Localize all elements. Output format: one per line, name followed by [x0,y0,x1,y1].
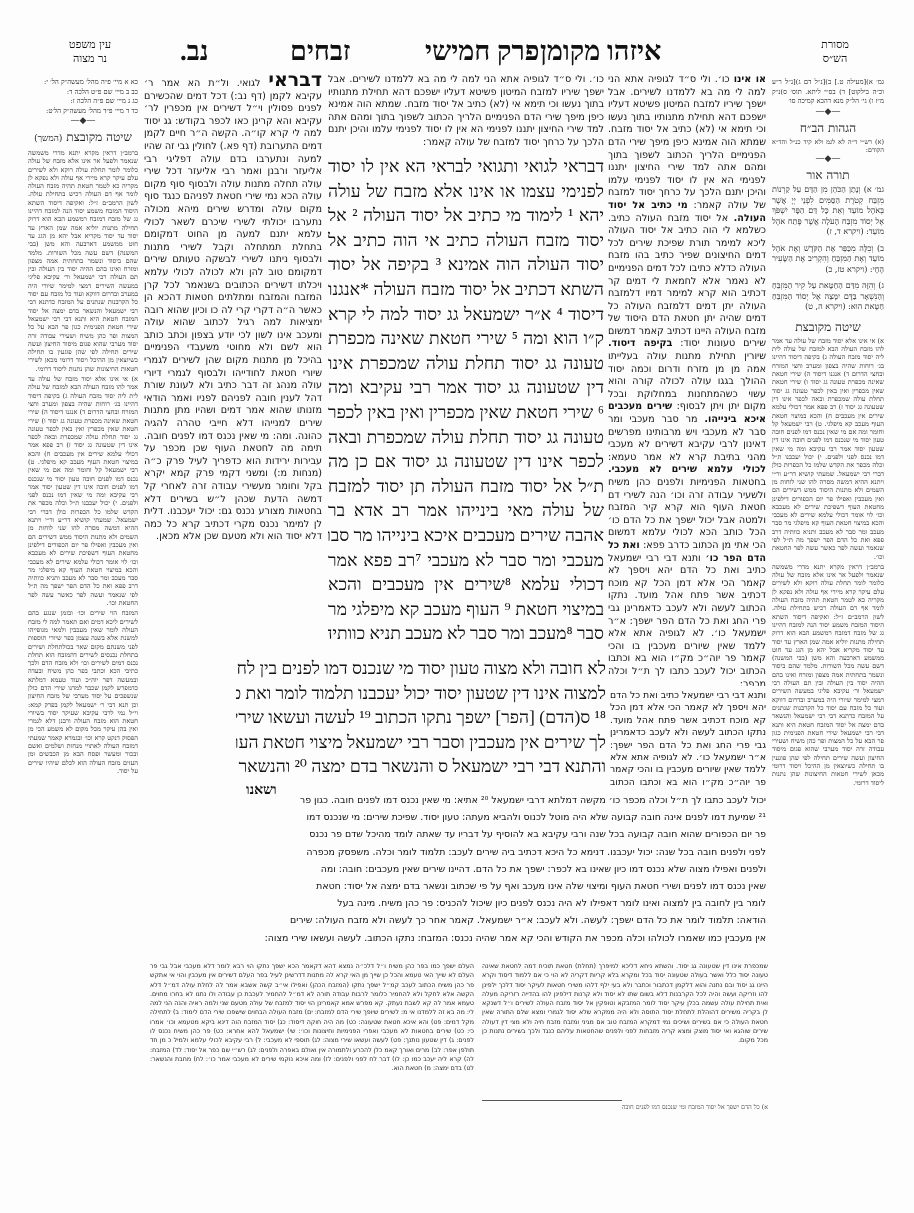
gemara-line: יסוד העולה הוה אמינא ³ בקיפה אל יסוד [328,252,604,277]
gemara-line: במיצוי חטאת ⁹ העוף מעכב קא מיפלגי מר [328,597,604,622]
bottom-commentary-left: העלם ישפך כמו בפר כהן משיח ו״ל דלכ״ה נמצ… [150,962,474,1102]
rashi-bottom-line: יכול לעכב כתבו לך ת״ל וכלה מכפר כו׳ מקשה… [236,792,766,809]
gemara-line: סבר ⁸מעכב ומר סבר לא מעכב תניא כוותיה [328,621,604,646]
left-margin-column: כא א מיי׳ פ״ה מהל׳ מעשה״ק הל׳ י: כב ב מי… [28,78,138,1078]
gemara-line: דבראי לגואי ותגואי לבראי הא אין לו יסוד [328,154,604,179]
ornament-divider: —◆— [772,154,884,164]
shita-mekubetzet-text-cont2: המזבח הוי שירים וכו׳ ובזמן שנגע בהם לשיר… [28,609,138,775]
ner-mitzva-title: נר מצוה [50,52,130,66]
rashi-top-continuation: כו׳. ולי ס״ד לגופיה אתא הני למה לי מה בא… [328,74,604,158]
rashi-column: או אינו כו׳. ולי ס״ד לגופיה אתא הני למה … [608,74,766,686]
gemara-line: לכפר אינו דין שטעונה גג יסוד אם כן מה [328,449,604,474]
rashi-dibur-hamatchil: או אינו [734,74,766,85]
rashi-bottom-line: ולפנים ואפילו מצוה שלא נכנס דמו כיון שאי… [236,861,766,878]
shita-mekubetzet-right-title: שיטה מקובצת [772,319,884,335]
bottom-commentary-right: שמכפרת אינו דין שטעונה גג יסוד. והשתא ני… [482,962,768,1090]
bottom-commentary-right-text: שמכפרת אינו דין שטעונה גג יסוד. והשתא ני… [482,963,768,1044]
ein-mishpat-list: כא א מיי׳ פ״ה מהל׳ מעשה״ק הל׳ י: כב ב מי… [28,78,138,116]
gemara-line: ⁶ שירי חטאת שאין מכפרין ואין באין לכפר [328,400,604,425]
gemara-line: יהא ¹ לימוד מי כתיב אל יסוד העולה ² אל [328,203,604,228]
gemara-line: יסוד מזבח העולה כתיב אי הוה כתיב אל [328,228,604,253]
torah-or-entry: גמ׳ א) וְנָתַן הַכֹּהֵן מִן הַדָּם עַל ק… [772,185,884,238]
rashi-comment: כו׳. ולי ס״ד לגופיה אתא הני למה לי מה בא… [608,74,766,211]
gemara-wide-line: והתנא דבי רבי ישמעאל ס והנשאר בדם ימצה ²… [236,754,606,779]
tosafot-comment: לגואי. ול״ת הא אמר ר׳ עקיבא לקמן (דף נב:… [144,78,322,542]
shita-title-text: שיטה מקובצת [66,130,132,144]
daf-number: נב. [180,36,209,66]
footnote-rule [482,1100,622,1101]
perek-name: איזהו מקומן [540,36,661,66]
gemara-line: דיסוד ⁴ א״ר ישמעאל גג יסוד למה לי קרא [328,302,604,327]
shita-mekubetzet-right-text: א) אי אינו אלא יסוד מזבח של עולה עד אמר … [772,337,884,561]
shita-mekubetzet-right-text-cont: ברמב״ן דראין מקרא יתנא מדרי משמשה שנאמר … [772,563,884,787]
masechet-name: זבחים [290,36,350,66]
page-header: עין משפט נר מצוה נב. זבחים פרק חמישי איז… [0,36,914,66]
rashi-bottom-line: שאין נכנס דמו לפנים ושירי חטאת העוף ומיצ… [236,878,766,895]
masoret-hashas-text: גמ׳ א)[מעילה ט.] ב)[נ״ל דם ג)[נ״ל ר״ע וכ… [772,78,884,107]
gemara-line: דין שטעונה גג יסוד אמר רבי עקיבא ומה [328,375,604,400]
bottom-commentary-left-text: העלם ישפך כמו בפר כהן משיח ו״ל דלכ״ה נמצ… [150,963,474,1072]
gemara-line: מעכבי ומר סבר לא מעכבי ⁷רב פפא אמר [328,548,604,573]
perek-number: פרק חמישי [425,36,539,66]
gemara-wide-text: לא חובה ולא מצוה טעון יסוד מי שנכנס דמו … [236,656,606,786]
torah-or-entry: ב) וְכִלָּה מִכַּפֵּר אֶת הַקֹּדֶשׁ וְאֶ… [772,244,884,276]
ornament-divider: —◆— [772,107,884,117]
rashi-bottom-line: הודאה: תלמוד לומר את כל הדם ישפך: לעשה. … [236,912,766,929]
rashi-bottom-line: ²¹ שמיעת דמו לפנים אינה חובה קבועה שלא ה… [236,809,766,826]
gemara-line: ק״ו הוא ומה ⁵ שירי חטאת שאינה מכפרת [328,326,604,351]
rashi-comment: אל יסוד מזבח העולה כתיב. כשלמא לי הוה כת… [608,213,766,350]
gemara-line: השתא דכתיב אל יסוד מזבח העולה *אנגנו [328,277,604,302]
ein-mishpat-entry: כד ד מיי׳ פ״ד מהל׳ מעשה״ק הל׳ט: [28,107,138,117]
gemara-wide-line: ¹⁸ ס(הדם) [הפר] ישפך נתקו הכתוב ¹⁹ לעשה … [236,705,606,730]
ein-mishpat-heading: עין משפט נר מצוה [50,38,130,66]
ein-mishpat-entry: כא א מיי׳ פ״ה מהל׳ מעשה״ק הל׳ י: [28,78,138,88]
gemara-line: לפנימי עצמו או אינו אלא מזבח של עולה [328,179,604,204]
gemara-line: טעונה גג יסוד תחלת עולה שמכפרת ובאה [328,425,604,450]
rashi-dibur-hamatchil: לכולי עלמא שירים לא מעכבי. [608,464,766,475]
tosafot-column: דבראי לגואי. ול״ת הא אמר ר׳ עקיבא לקמן (… [144,74,322,686]
gemara-line: דכולי עלמא ⁸שירים אין מעכבים והכא [328,572,604,597]
hagahot-habach-text: (א) רש״י ד״ה לא לגמ ולא קיד כנ״ל והד״א ה… [772,138,884,155]
ein-mishpat-entry: כב ב מיי׳ שם פ״ט הלכה ד: [28,88,138,98]
shita-subtitle: (המשך) [34,134,62,144]
hashas-title: הש״ס [800,52,870,66]
masoret-hashas-heading: מסורת הש״ס [800,38,870,66]
rashi-top-text: כו׳. ולי ס״ד לגופיה אתא הני למה לי מה בא… [328,74,604,148]
gemara-line: אהבה שירים מעכבים איכא בינייהו מר סבר [328,523,604,548]
masoret-title: מסורת [800,38,870,52]
gemara-main-text: דבראי לגואי ותגואי לבראי הא אין לו יסוד … [328,154,604,654]
gemara-wide-line: לא חובה ולא מצוה טעון יסוד מי שנכנס דמו … [236,656,606,681]
gemara-line: ת״ל אל יסוד מזבח העולה תן יסוד למזבח [328,474,604,499]
shita-mekubetzet-title: שיטה מקובצת (המשך) [28,129,138,147]
torah-or-entry: ג) וְהִזָּה מִדַּם הַחַטָּאת עַל קִיר הַ… [772,281,884,313]
gemara-line: טעונה גג יסוד תחלת עולה שמכפרת אינו [328,351,604,376]
tosafot-dibur-hamatchil: דבראי [268,74,322,91]
ornament-divider: —◆— [28,116,138,126]
rashi-continuation: ותנא דבי רבי ישמעאל כתיב ואת כל הדם יהא … [610,690,766,790]
shita-mekubetzet-text-cont: א) אי אינו אלא יסוד מזבח של עולה עד אמר … [28,375,138,607]
rashi-bottom-line: לומר בין לחובה בין למצוה ואינו לומר דאפי… [236,895,766,912]
gemara-wide-line: לך שירים אין מעכבין וסבר רבי ישמעאל מיצו… [236,730,606,755]
hagahot-habach-title: הגהות הב״ח [772,120,884,136]
right-margin-column: גמ׳ א)[מעילה ט.] ב)[נ״ל דם ג)[נ״ל ר״ע וכ… [772,78,884,1078]
ein-mishpat-entry: כג ג מיי׳ שם פ״ה הלכה ז: [28,97,138,107]
shita-mekubetzet-text: ברמב״ן דראין מקרא יתנא מדרי משמשה שנאמר … [28,149,138,373]
torah-or-title: תורה אור [772,167,884,183]
rashi-comment: ותנא דבי רבי ישמעאל כתיב ואת כל הדם יהא … [608,553,766,686]
gemara-wide-line: למצוה אינו דין שטעון יסוד יכול יעכבנו תל… [236,681,606,706]
rashi-bottom-block: יכול לעכב כתבו לך ת״ל וכלה מכפר כו׳ מקשה… [236,792,766,947]
footnote: א) כל הדם ישפך אל יסוד המזבח ומי שנכנס ד… [482,1104,768,1112]
rashi-bottom-line: פר יום הכפורים שהוא חובה קבועה בכל שנה ו… [236,826,766,843]
rashi-bottom-line: אין מעכבין כמו שאמרו לכולהו וכלה מכפר את… [236,930,766,947]
rashi-bottom-line: לפני ולפנים חובה בכל שנה: יכול יעכבנו. ד… [236,844,766,861]
rashi-dibur-hamatchil: בקיפה דיסוד. [608,338,672,349]
ein-mishpat-title: עין משפט [50,38,130,52]
rashi-comment-cont: ותנא דבי רבי ישמעאל כתיב ואת כל הדם יהא … [610,690,766,790]
gemara-line: של עולה מאי בינייהו אמר רב אדא בר [328,498,604,523]
